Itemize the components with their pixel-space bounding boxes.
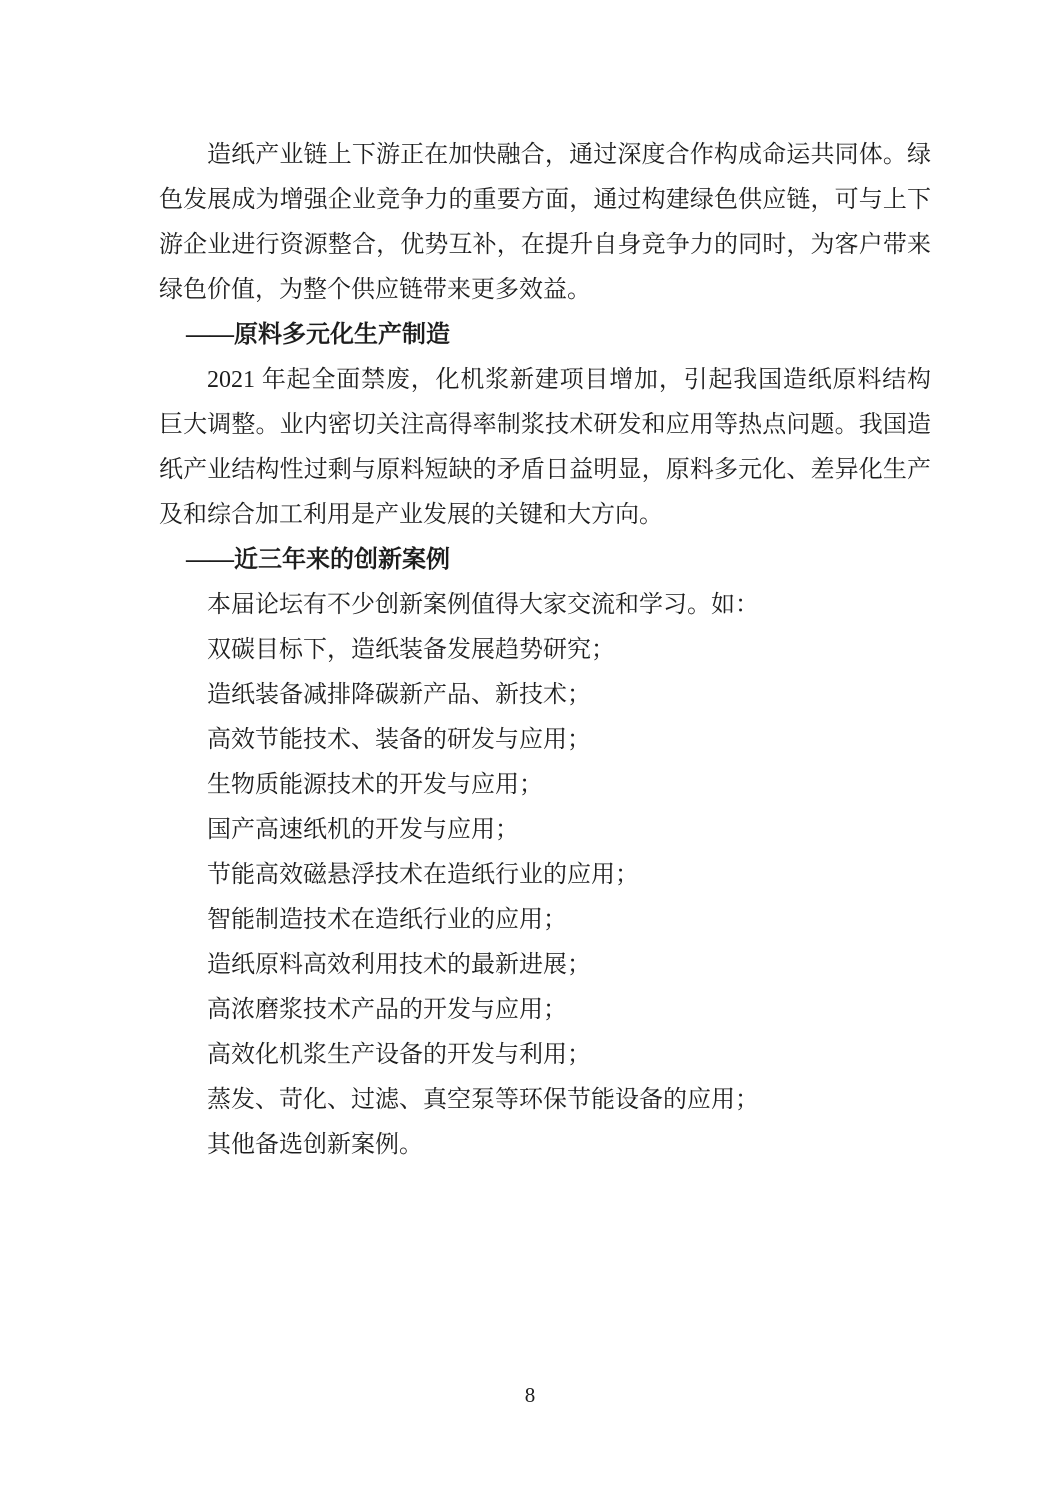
case-line: 国产高速纸机的开发与应用； [159, 808, 931, 853]
text-body: 造纸产业链上下游正在加快融合，通过深度合作构成命运共同体。绿色发展成为增强企业竞… [159, 133, 931, 1168]
case-line: 高效节能技术、装备的研发与应用； [159, 718, 931, 763]
case-line: 造纸原料高效利用技术的最新进展； [159, 943, 931, 988]
case-line: 智能制造技术在造纸行业的应用； [159, 898, 931, 943]
case-line: 高效化机浆生产设备的开发与利用； [159, 1033, 931, 1078]
paragraph-supply-chain: 造纸产业链上下游正在加快融合，通过深度合作构成命运共同体。绿色发展成为增强企业竞… [159, 133, 931, 313]
case-line: 蒸发、苛化、过滤、真空泵等环保节能设备的应用； [159, 1078, 931, 1123]
page-number: 8 [0, 1382, 1060, 1408]
document-page: 造纸产业链上下游正在加快融合，通过深度合作构成命运共同体。绿色发展成为增强企业竞… [0, 0, 1060, 1500]
case-line: 高浓磨浆技术产品的开发与应用； [159, 988, 931, 1033]
case-line: 生物质能源技术的开发与应用； [159, 763, 931, 808]
cases-intro-line: 本届论坛有不少创新案例值得大家交流和学习。如： [159, 583, 931, 628]
section-heading-cases: ——近三年来的创新案例 [159, 538, 931, 583]
case-line: 双碳目标下，造纸装备发展趋势研究； [159, 628, 931, 673]
case-line: 其他备选创新案例。 [159, 1123, 931, 1168]
paragraph-materials: 2021 年起全面禁废，化机浆新建项目增加，引起我国造纸原料结构巨大调整。业内密… [159, 358, 931, 538]
case-line: 造纸装备减排降碳新产品、新技术； [159, 673, 931, 718]
section-heading-materials: ——原料多元化生产制造 [159, 313, 931, 358]
case-line: 节能高效磁悬浮技术在造纸行业的应用； [159, 853, 931, 898]
